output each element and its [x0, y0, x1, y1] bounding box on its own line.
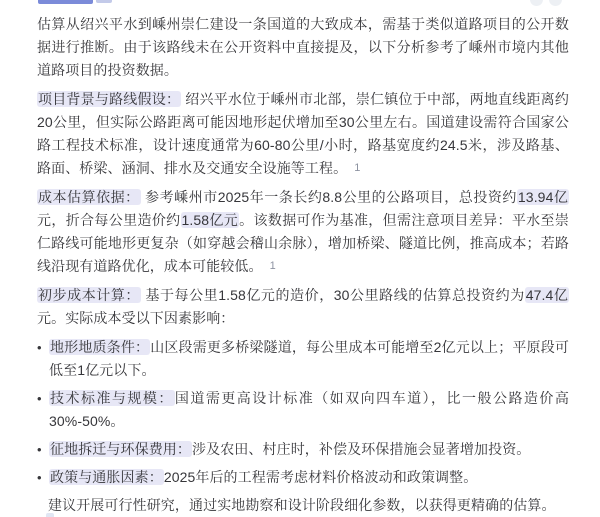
highlight-term: 征地拆迁与环保费用： — [49, 441, 192, 457]
bullet-icon: • — [37, 387, 49, 433]
list-item: •征地拆迁与环保费用：涉及农田、村庄时，补偿及环保措施会显著增加投资。 — [37, 438, 569, 461]
text-segment: 估算从绍兴平水到嵊州崇仁建设一条国道的大致成本，需基于类似道路项目的公开数据进行… — [37, 16, 569, 78]
paragraph: 估算从绍兴平水到嵊州崇仁建设一条国道的大致成本，需基于类似道路项目的公开数据进行… — [37, 13, 569, 82]
clipped-toolbar-icon — [549, 0, 562, 6]
text-segment: 元，折合每公里造价约 — [37, 212, 181, 228]
highlight-term: 项目背景与路线假设： — [37, 91, 181, 107]
list-item: •技术标准与规模：国道需更高设计标准（如双向四车道），比一般公路造价高30%-5… — [37, 387, 569, 433]
message-content: 估算从绍兴平水到嵊州崇仁建设一条国道的大致成本，需基于类似道路项目的公开数据进行… — [37, 13, 569, 517]
highlight-term: 初步成本计算： — [37, 287, 141, 303]
citation-badge[interactable]: 1 — [270, 261, 276, 272]
text-segment: 2025年后的工程需考虑材料价格波动和政策调整。 — [164, 469, 478, 485]
list-item-text: 政策与通胀因素：2025年后的工程需考虑材料价格波动和政策调整。 — [49, 466, 569, 489]
clipped-bottom-remnant — [46, 513, 54, 517]
text-segment: 元。实际成本受以下因素影响： — [37, 310, 234, 326]
clipped-link-tail-remnant — [96, 0, 112, 3]
highlight-term: 13.94亿 — [517, 189, 569, 205]
bullet-icon: • — [37, 438, 49, 461]
highlight-term: 政策与通胀因素： — [49, 469, 164, 485]
list-item-text: 地形地质条件：山区段需更多桥梁隧道，每公里成本可能增至2亿元以上；平原段可低至1… — [49, 336, 569, 382]
highlight-term: 技术标准与规模： — [49, 390, 175, 406]
paragraph: 项目背景与路线假设： 绍兴平水位于嵊州市北部，崇仁镇位于中部，两地直线距离约20… — [37, 88, 569, 180]
bullet-icon: • — [37, 466, 49, 489]
bullet-list: •地形地质条件：山区段需更多桥梁隧道，每公里成本可能增至2亿元以上；平原段可低至… — [37, 336, 569, 489]
clipped-link-remnant — [38, 0, 93, 4]
clipped-toolbar-remnant — [530, 0, 562, 6]
highlight-term: 47.4亿 — [525, 287, 569, 303]
paragraph: 初步成本计算： 基于每公里1.58亿元的造价，30公里路线的估算总投资约为47.… — [37, 284, 569, 330]
list-item: •政策与通胀因素：2025年后的工程需考虑材料价格波动和政策调整。 — [37, 466, 569, 489]
highlight-term: 地形地质条件： — [49, 339, 150, 355]
list-item-text: 征地拆迁与环保费用：涉及农田、村庄时，补偿及环保措施会显著增加投资。 — [49, 438, 569, 461]
list-item: •地形地质条件：山区段需更多桥梁隧道，每公里成本可能增至2亿元以上；平原段可低至… — [37, 336, 569, 382]
text-segment: 涉及农田、村庄时，补偿及环保措施会显著增加投资。 — [192, 441, 530, 457]
clipped-toolbar-icon — [530, 0, 543, 6]
paragraph: 成本估算依据： 参考嵊州市2025年一条长约8.8公里的公路项目，总投资约13.… — [37, 186, 569, 278]
highlight-term: 成本估算依据： — [37, 189, 141, 205]
text-segment: 建议开展可行性研究，通过实地勘察和设计阶段细化参数，以获得更精确的估算。 — [48, 497, 556, 513]
highlight-term: 1.58亿元 — [181, 212, 240, 228]
chat-message-panel: 估算从绍兴平水到嵊州崇仁建设一条国道的大致成本，需基于类似道路项目的公开数据进行… — [0, 0, 600, 517]
paragraph: 建议开展可行性研究，通过实地勘察和设计阶段细化参数，以获得更精确的估算。 — [48, 494, 569, 517]
list-item-text: 技术标准与规模：国道需更高设计标准（如双向四车道），比一般公路造价高30%-50… — [49, 387, 569, 433]
bullet-icon: • — [37, 336, 49, 382]
citation-badge[interactable]: 1 — [354, 163, 360, 174]
text-segment: 参考嵊州市2025年一条长约8.8公里的公路项目，总投资约 — [141, 189, 517, 205]
text-segment: 基于每公里1.58亿元的造价，30公里路线的估算总投资约为 — [141, 287, 525, 303]
